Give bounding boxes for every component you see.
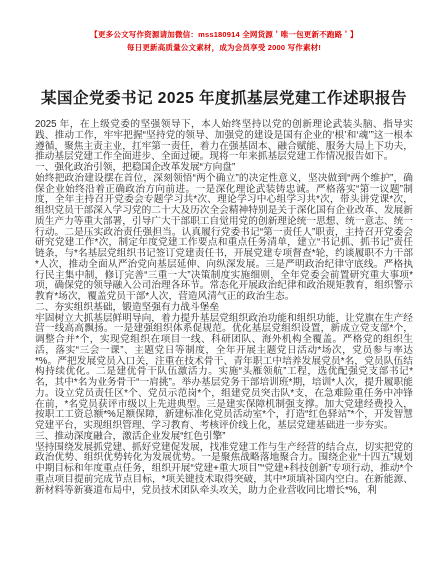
promo-header: 【更多公文写作资源请加微信：mss180914 全网货源＇唯一包更新不跑路＇】 … [0,0,448,54]
section-heading: 二、夯实组织基础，锻造坚强有力战斗堡垒 [35,303,413,314]
paragraph: 牢固树立大抓基层鲜明导向，着力提升基层党组织政治功能和组织功能，让党旗在生产经营… [35,314,413,432]
section-heading: 三、推动深度融合，激活企业发展“红色引擎” [35,432,413,443]
document-page: 【更多公文写作资源请加微信：mss180914 全网货源＇唯一包更新不跑路＇】 … [0,0,448,580]
document-body: 2025 年，在上级党委的坚强领导下，本人始终坚持以党的创新理论武装头脑、指导实… [35,120,413,496]
paragraph: 始终把政治建设摆在首位，深刻领悟“两个确立”的决定性意义，坚决做到“两个维护”，… [35,174,413,303]
promo-line-1: 【更多公文写作资源请加微信：mss180914 全网货源＇唯一包更新不跑路＇】 [0,28,448,41]
promo-line-2: 每日更新高质量公文素材，成为会员享受 2000 写作素材! [0,41,448,54]
paragraph: 坚持围绕发展抓党建、抓好党建促发展，找准党建工作与生产经营的结合点，切实把党的政… [35,443,413,497]
page-title: 某国企党委书记 2025 年度抓基层党建工作述职报告 [39,87,409,110]
paragraph: 2025 年，在上级党委的坚强领导下，本人始终坚持以党的创新理论武装头脑、指导实… [35,120,413,163]
